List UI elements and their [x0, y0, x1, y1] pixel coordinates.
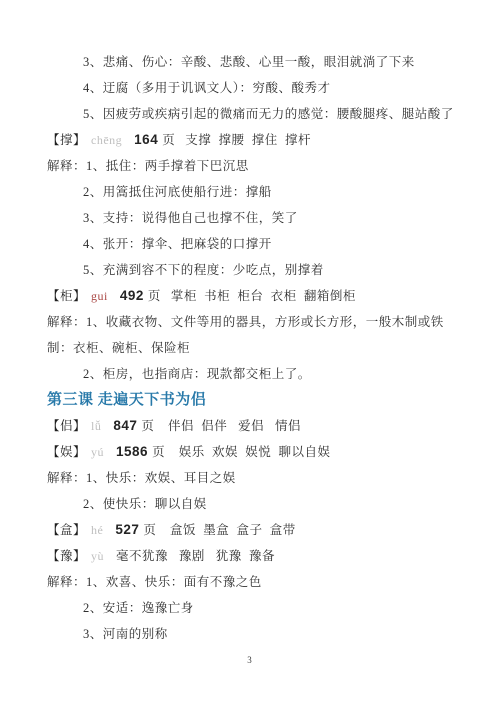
page-number-footer: 3 [0, 647, 499, 673]
entry-example-words: 盒饭 墨盒 盒子 盒带 [166, 523, 295, 537]
entry-headword: 【娱】 [47, 445, 86, 459]
definition-first: 解释：1、抵住：两手撑着下巴沉思 [47, 153, 469, 179]
entry-pinyin: lǚ [91, 419, 101, 433]
entry-page-unit: 页 [152, 445, 165, 459]
entry-line-cheng: 【撑】chēng164页支撑 撑腰 撑住 撑杆 [47, 127, 469, 153]
entry-headword: 【撑】 [47, 133, 86, 147]
entry-pinyin: gui [91, 289, 108, 303]
definition-item: 4、迂腐（多用于讥讽文人）：穷酸、酸秀才 [47, 75, 469, 101]
definition-item: 2、安适：逸豫亡身 [47, 595, 469, 621]
entry-page-unit: 页 [148, 289, 161, 303]
entry-page-unit: 页 [162, 133, 175, 147]
definition-item: 3、悲痛、伤心：辛酸、悲酸、心里一酸，眼泪就淌了下来 [47, 49, 469, 75]
definition-first: 解释：1、快乐：欢娱、耳目之娱 [47, 465, 469, 491]
entry-example-words: 掌柜 书柜 柜台 衣柜 翻箱倒柜 [171, 289, 356, 303]
definition-first: 解释：1、收藏衣物、文件等用的器具，方形或长方形，一般木制或铁制：衣柜、碗柜、保… [47, 309, 469, 361]
entry-line-he: 【盒】hé527页 盒饭 墨盒 盒子 盒带 [47, 517, 469, 543]
entry-page-number: 847 [113, 418, 137, 433]
definition-item: 5、充满到容不下的程度：少吃点，别撑着 [47, 257, 469, 283]
entry-page-number: 1586 [116, 444, 148, 459]
entry-headword: 【柜】 [47, 289, 86, 303]
definition-item: 5、因疲劳或疾病引起的微痛而无力的感觉：腰酸腿疼、腿站酸了 [47, 101, 469, 127]
entry-headword: 【侣】 [47, 419, 86, 433]
definition-item: 2、用篙抵住河底使船行进：撑船 [47, 179, 469, 205]
definition-item: 3、支持：说得他自己也撑不住，笑了 [47, 205, 469, 231]
definition-item: 4、张开：撑伞、把麻袋的口撑开 [47, 231, 469, 257]
definition-first: 解释：1、欢喜、快乐：面有不豫之色 [47, 569, 469, 595]
definition-item: 2、柜房，也指商店：现款都交柜上了。 [47, 361, 469, 387]
definition-item: 2、使快乐：聊以自娱 [47, 491, 469, 517]
entry-pinyin: yù [91, 549, 104, 563]
entry-headword: 【豫】 [47, 549, 86, 563]
entry-example-words: 娱乐 欢娱 娱悦 聊以自娱 [175, 445, 330, 459]
entry-page-number: 527 [115, 522, 139, 537]
entry-page-unit: 页 [143, 523, 156, 537]
entry-page-number: 164 [134, 132, 158, 147]
section-title: 第三课 走遍天下书为侣 [47, 387, 469, 413]
entry-headword: 【盒】 [47, 523, 86, 537]
definition-item: 3、河南的别称 [47, 621, 469, 647]
entry-page-unit: 页 [141, 419, 154, 433]
entry-pinyin: yú [91, 445, 104, 459]
entry-page-number: 492 [120, 288, 144, 303]
entry-example-words: 毫不犹豫 豫剧 犹豫 豫备 [116, 549, 275, 563]
entry-pinyin: hé [91, 523, 103, 537]
entry-line-gui: 【柜】gui492页掌柜 书柜 柜台 衣柜 翻箱倒柜 [47, 283, 469, 309]
document-content: 3、悲痛、伤心：辛酸、悲酸、心里一酸，眼泪就淌了下来 4、迂腐（多用于讥讽文人）… [0, 0, 499, 647]
entry-line-yu2: 【娱】yú1586页 娱乐 欢娱 娱悦 聊以自娱 [47, 439, 469, 465]
entry-pinyin: chēng [91, 133, 122, 147]
document-page: 3、悲痛、伤心：辛酸、悲酸、心里一酸，眼泪就淌了下来 4、迂腐（多用于讥讽文人）… [0, 0, 499, 706]
entry-line-lv: 【侣】lǚ847页 伴侣 侣伴 爱侣 情侣 [47, 413, 469, 439]
entry-example-words: 支撑 撑腰 撑住 撑杆 [185, 133, 311, 147]
entry-line-yu4: 【豫】yù毫不犹豫 豫剧 犹豫 豫备 [47, 543, 469, 569]
entry-example-words: 伴侣 侣伴 爱侣 情侣 [164, 419, 301, 433]
